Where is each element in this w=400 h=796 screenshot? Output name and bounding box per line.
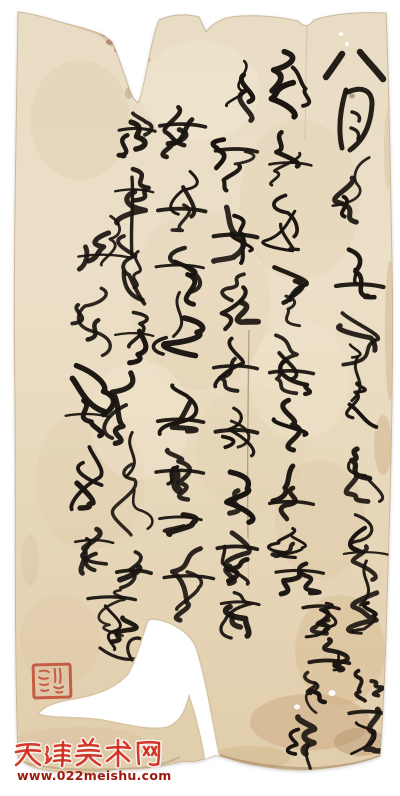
brush-stroke [355,269,357,283]
brush-stroke [131,177,132,256]
watermark-url-text: www.022meishu.com [17,768,167,783]
brush-stroke [175,470,179,490]
artist-seal-icon [33,664,71,698]
artwork-photo: www.022meishu.com [0,0,400,796]
calligraphy-scan [0,0,400,796]
